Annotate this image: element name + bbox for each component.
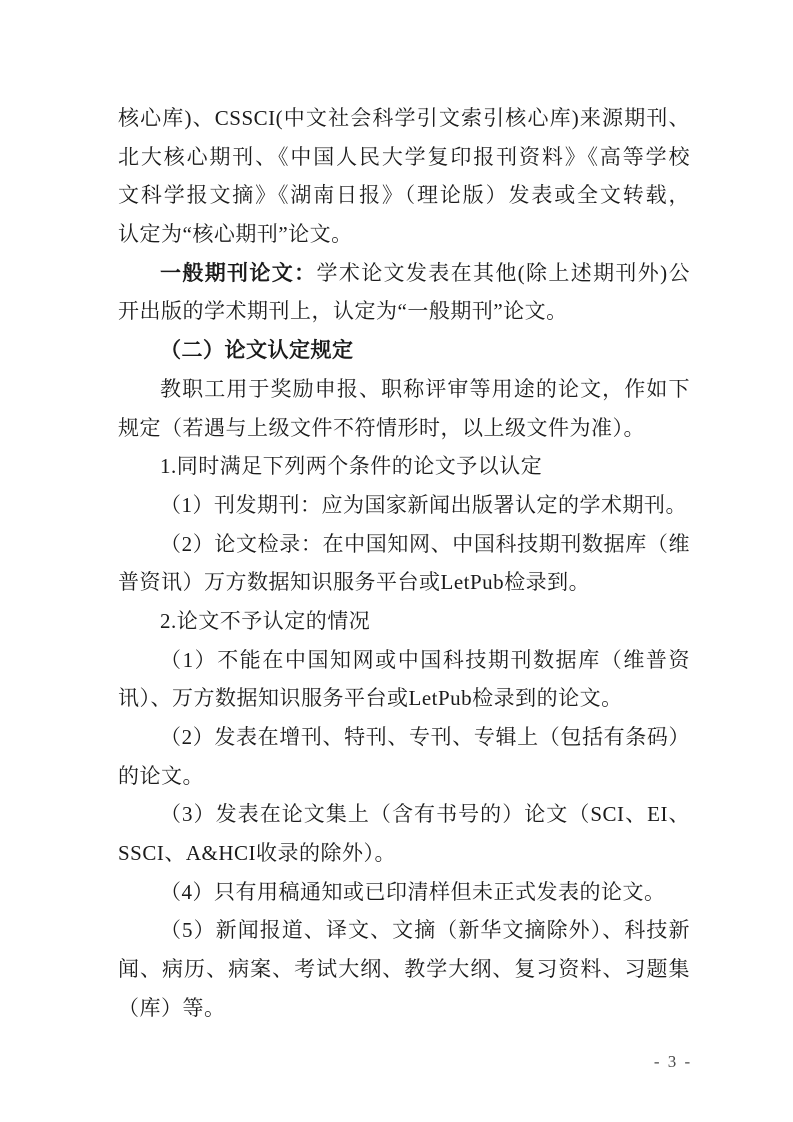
bold-text-segment: （二）论文认定规定: [160, 339, 354, 362]
text-line: （1）不能在中国知网或中国科技期刊数据库（维普资: [118, 641, 690, 680]
text-segment: 普资讯）万方数据知识服务平台或LetPub检录到。: [118, 570, 590, 594]
text-segment: 北大核心期刊、《中国人民大学复印报刊资料》《高等学校: [118, 145, 690, 169]
text-line: 认定为“核心期刊”论文。: [118, 215, 690, 254]
document-lines: 核心库)、CSSCI(中文社会科学引文索引核心库)来源期刊、北大核心期刊、《中国…: [118, 99, 690, 1028]
text-line: （5）新闻报道、译文、文摘（新华文摘除外）、科技新: [118, 911, 690, 950]
text-segment: （1）不能在中国知网或中国科技期刊数据库（维普资: [160, 648, 690, 672]
text-segment: 学术论文发表在其他(除上述期刊外)公: [316, 261, 690, 285]
text-segment: 认定为“核心期刊”论文。: [118, 222, 353, 246]
text-segment: （库）等。: [118, 996, 226, 1020]
text-line: （1）刊发期刊：应为国家新闻出版署认定的学术期刊。: [118, 486, 690, 525]
text-segment: 文科学报文摘》《湖南日报》（理论版）发表或全文转载，: [118, 183, 690, 207]
text-segment: 闻、病历、病案、考试大纲、教学大纲、复习资料、习题集: [118, 957, 690, 981]
text-line: （2）发表在增刊、特刊、专刊、专辑上（包括有条码）: [118, 718, 690, 757]
text-line: 核心库)、CSSCI(中文社会科学引文索引核心库)来源期刊、: [118, 99, 690, 138]
text-segment: 的论文。: [118, 764, 204, 788]
text-segment: 讯）、万方数据知识服务平台或LetPub检录到的论文。: [118, 686, 623, 710]
text-segment: SSCI、A&HCI收录的除外）。: [118, 841, 396, 865]
text-segment: 教职工用于奖励申报、职称评审等用途的论文，作如下: [160, 377, 690, 401]
text-line: （二）论文认定规定: [118, 331, 690, 370]
text-segment: 2.论文不予认定的情况: [160, 609, 370, 633]
text-line: 普资讯）万方数据知识服务平台或LetPub检录到。: [118, 563, 690, 602]
text-segment: （2）发表在增刊、特刊、专刊、专辑上（包括有条码）: [160, 725, 690, 749]
text-line: 文科学报文摘》《湖南日报》（理论版）发表或全文转载，: [118, 176, 690, 215]
text-line: 一般期刊论文：学术论文发表在其他(除上述期刊外)公: [118, 254, 690, 293]
page-number: - 3 -: [650, 1051, 696, 1073]
text-segment: （2）论文检录：在中国知网、中国科技期刊数据库（维: [160, 532, 690, 556]
document-page: 核心库)、CSSCI(中文社会科学引文索引核心库)来源期刊、北大核心期刊、《中国…: [0, 0, 793, 1122]
text-line: （2）论文检录：在中国知网、中国科技期刊数据库（维: [118, 525, 690, 564]
text-segment: 规定（若遇与上级文件不符情形时，以上级文件为准）。: [118, 416, 645, 440]
text-line: 北大核心期刊、《中国人民大学复印报刊资料》《高等学校: [118, 138, 690, 177]
text-line: 规定（若遇与上级文件不符情形时，以上级文件为准）。: [118, 409, 690, 448]
text-line: 1.同时满足下列两个条件的论文予以认定: [118, 447, 690, 486]
text-line: 讯）、万方数据知识服务平台或LetPub检录到的论文。: [118, 679, 690, 718]
text-line: （库）等。: [118, 989, 690, 1028]
text-segment: 开出版的学术期刊上，认定为“一般期刊”论文。: [118, 299, 568, 323]
text-line: 教职工用于奖励申报、职称评审等用途的论文，作如下: [118, 370, 690, 409]
text-line: （4）只有用稿通知或已印清样但未正式发表的论文。: [118, 873, 690, 912]
text-line: 2.论文不予认定的情况: [118, 602, 690, 641]
text-line: （3）发表在论文集上（含有书号的）论文（SCI、EI、: [118, 795, 690, 834]
text-segment: （1）刊发期刊：应为国家新闻出版署认定的学术期刊。: [160, 493, 687, 517]
text-line: 闻、病历、病案、考试大纲、教学大纲、复习资料、习题集: [118, 950, 690, 989]
text-line: 的论文。: [118, 757, 690, 796]
text-line: SSCI、A&HCI收录的除外）。: [118, 834, 690, 873]
text-segment: （3）发表在论文集上（含有书号的）论文（SCI、EI、: [160, 802, 690, 826]
text-segment: （4）只有用稿通知或已印清样但未正式发表的论文。: [160, 880, 666, 904]
text-segment: 核心库)、CSSCI(中文社会科学引文索引核心库)来源期刊、: [118, 106, 690, 130]
text-line: 开出版的学术期刊上，认定为“一般期刊”论文。: [118, 292, 690, 331]
bold-text-segment: 一般期刊论文：: [160, 262, 316, 285]
text-segment: （5）新闻报道、译文、文摘（新华文摘除外）、科技新: [160, 918, 690, 942]
text-segment: 1.同时满足下列两个条件的论文予以认定: [160, 454, 542, 478]
